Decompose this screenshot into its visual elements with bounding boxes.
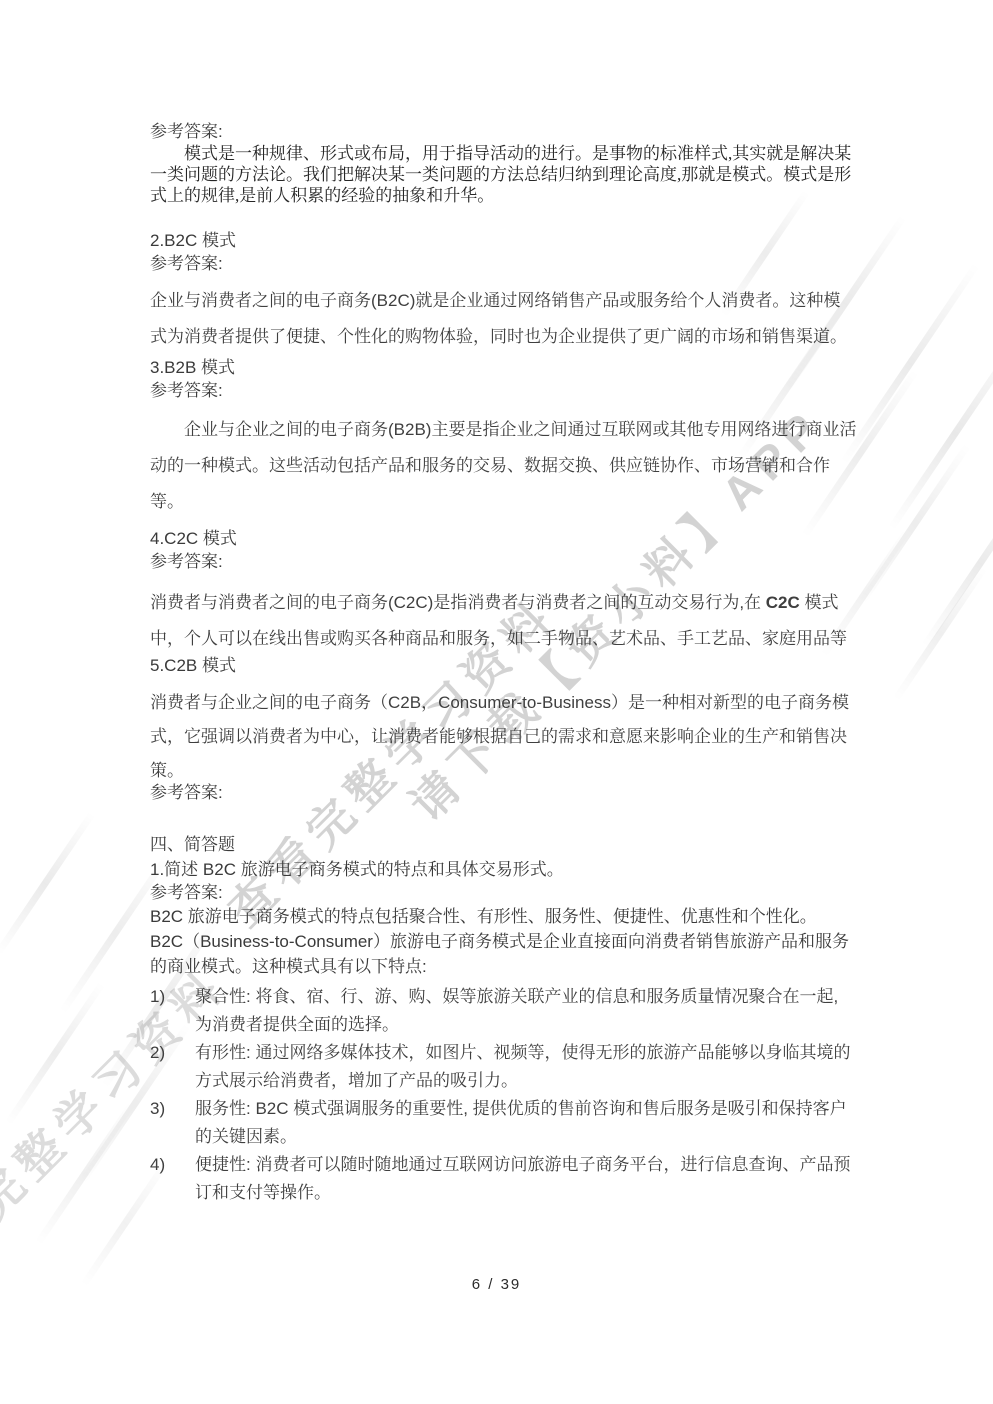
c2c-answer-bold: C2C (766, 593, 800, 612)
b2c-answer-paragraph: 企业与消费者之间的电子商务(B2C)就是企业通过网络销售产品或服务给个人消费者。… (150, 283, 857, 355)
section-heading-c2c: 4.C2C 模式 (150, 526, 857, 551)
answer-label: 参考答案: (150, 253, 857, 275)
list-item: 1) 聚合性: 将食、宿、行、游、购、娱等旅游关联产业的信息和服务质量情况聚合在… (150, 983, 857, 1039)
section-heading-b2b: 3.B2B 模式 (150, 355, 857, 380)
b2b-answer-paragraph: 企业与企业之间的电子商务(B2B)主要是指企业之间通过互联网或其他专用网络进行商… (150, 412, 857, 520)
list-item-number: 1) (150, 983, 195, 1039)
list-item-number: 4) (150, 1151, 195, 1207)
document-content: 参考答案: 模式是一种规律、形式或布局，用于指导活动的进行。是事物的标准样式,其… (150, 121, 857, 1207)
answer-label: 参考答案: (150, 551, 857, 573)
brush-streak (859, 443, 971, 604)
answer-label: 参考答案: (150, 882, 857, 904)
brush-streak (5, 981, 106, 1126)
short-answer-intro-1: B2C 旅游电子商务模式的特点包括聚合性、有形性、服务性、便捷性、优惠性和个性化… (150, 904, 857, 929)
answer-label: 参考答案: (150, 782, 857, 804)
section-heading-short-answer: 四、简答题 (150, 832, 857, 857)
list-item: 3) 服务性: B2C 模式强调服务的重要性, 提供优质的售前咨询和售后服务是吸… (150, 1095, 857, 1151)
brush-streak (888, 336, 993, 531)
list-item-number: 3) (150, 1095, 195, 1151)
feature-list: 1) 聚合性: 将食、宿、行、游、购、娱等旅游关联产业的信息和服务质量情况聚合在… (150, 983, 857, 1207)
list-item-text: 有形性: 通过网络多媒体技术，如图片、视频等，使得无形的旅游产品能够以身临其境的… (195, 1039, 857, 1095)
brush-streak (0, 811, 95, 956)
c2c-answer-paragraph: 消费者与消费者之间的电子商务(C2C)是指消费者与消费者之间的互动交易行为,在 … (150, 585, 857, 657)
short-answer-question: 1.简述 B2C 旅游电子商务模式的特点和具体交易形式。 (150, 857, 857, 882)
page-number: 6 / 39 (0, 1276, 993, 1293)
answer-label: 参考答案: (150, 380, 857, 402)
brush-streak (35, 1101, 136, 1246)
c2c-answer-pre: 消费者与消费者之间的电子商务(C2C)是指消费者与消费者之间的互动交易行为,在 (150, 593, 766, 612)
list-item-text: 便捷性: 消费者可以随时随地通过互联网访问旅游电子商务平台，进行信息查询、产品预… (195, 1151, 857, 1207)
section-heading-b2c: 2.B2C 模式 (150, 228, 857, 253)
short-answer-intro-2: B2C（Business-to-Consumer）旅游电子商务模式是企业直接面向… (150, 929, 857, 979)
list-item: 4) 便捷性: 消费者可以随时随地通过互联网访问旅游电子商务平台，进行信息查询、… (150, 1151, 857, 1207)
page-background: 查看完整学习资料 请下载【资小料】APP 查看完整学习资料 参考答案: 模式是一… (0, 0, 993, 1404)
brush-streak (892, 565, 987, 702)
brush-streak (921, 479, 993, 649)
intro-answer-paragraph: 模式是一种规律、形式或布局，用于指导活动的进行。是事物的标准样式,其实就是解决某… (150, 143, 857, 206)
list-item: 2) 有形性: 通过网络多媒体技术，如图片、视频等，使得无形的旅游产品能够以身临… (150, 1039, 857, 1095)
c2b-answer-paragraph: 消费者与企业之间的电子商务（C2B，Consumer-to-Business）是… (150, 686, 857, 788)
brush-streak (840, 262, 980, 465)
list-item-number: 2) (150, 1039, 195, 1095)
list-item-text: 服务性: B2C 模式强调服务的重要性, 提供优质的售前咨询和售后服务是吸引和保… (195, 1095, 857, 1151)
document-page: { "watermark": { "line1": "查看完整学习资料", "l… (0, 0, 993, 1404)
list-item-text: 聚合性: 将食、宿、行、游、购、娱等旅游关联产业的信息和服务质量情况聚合在一起,… (195, 983, 857, 1039)
answer-label: 参考答案: (150, 121, 857, 143)
